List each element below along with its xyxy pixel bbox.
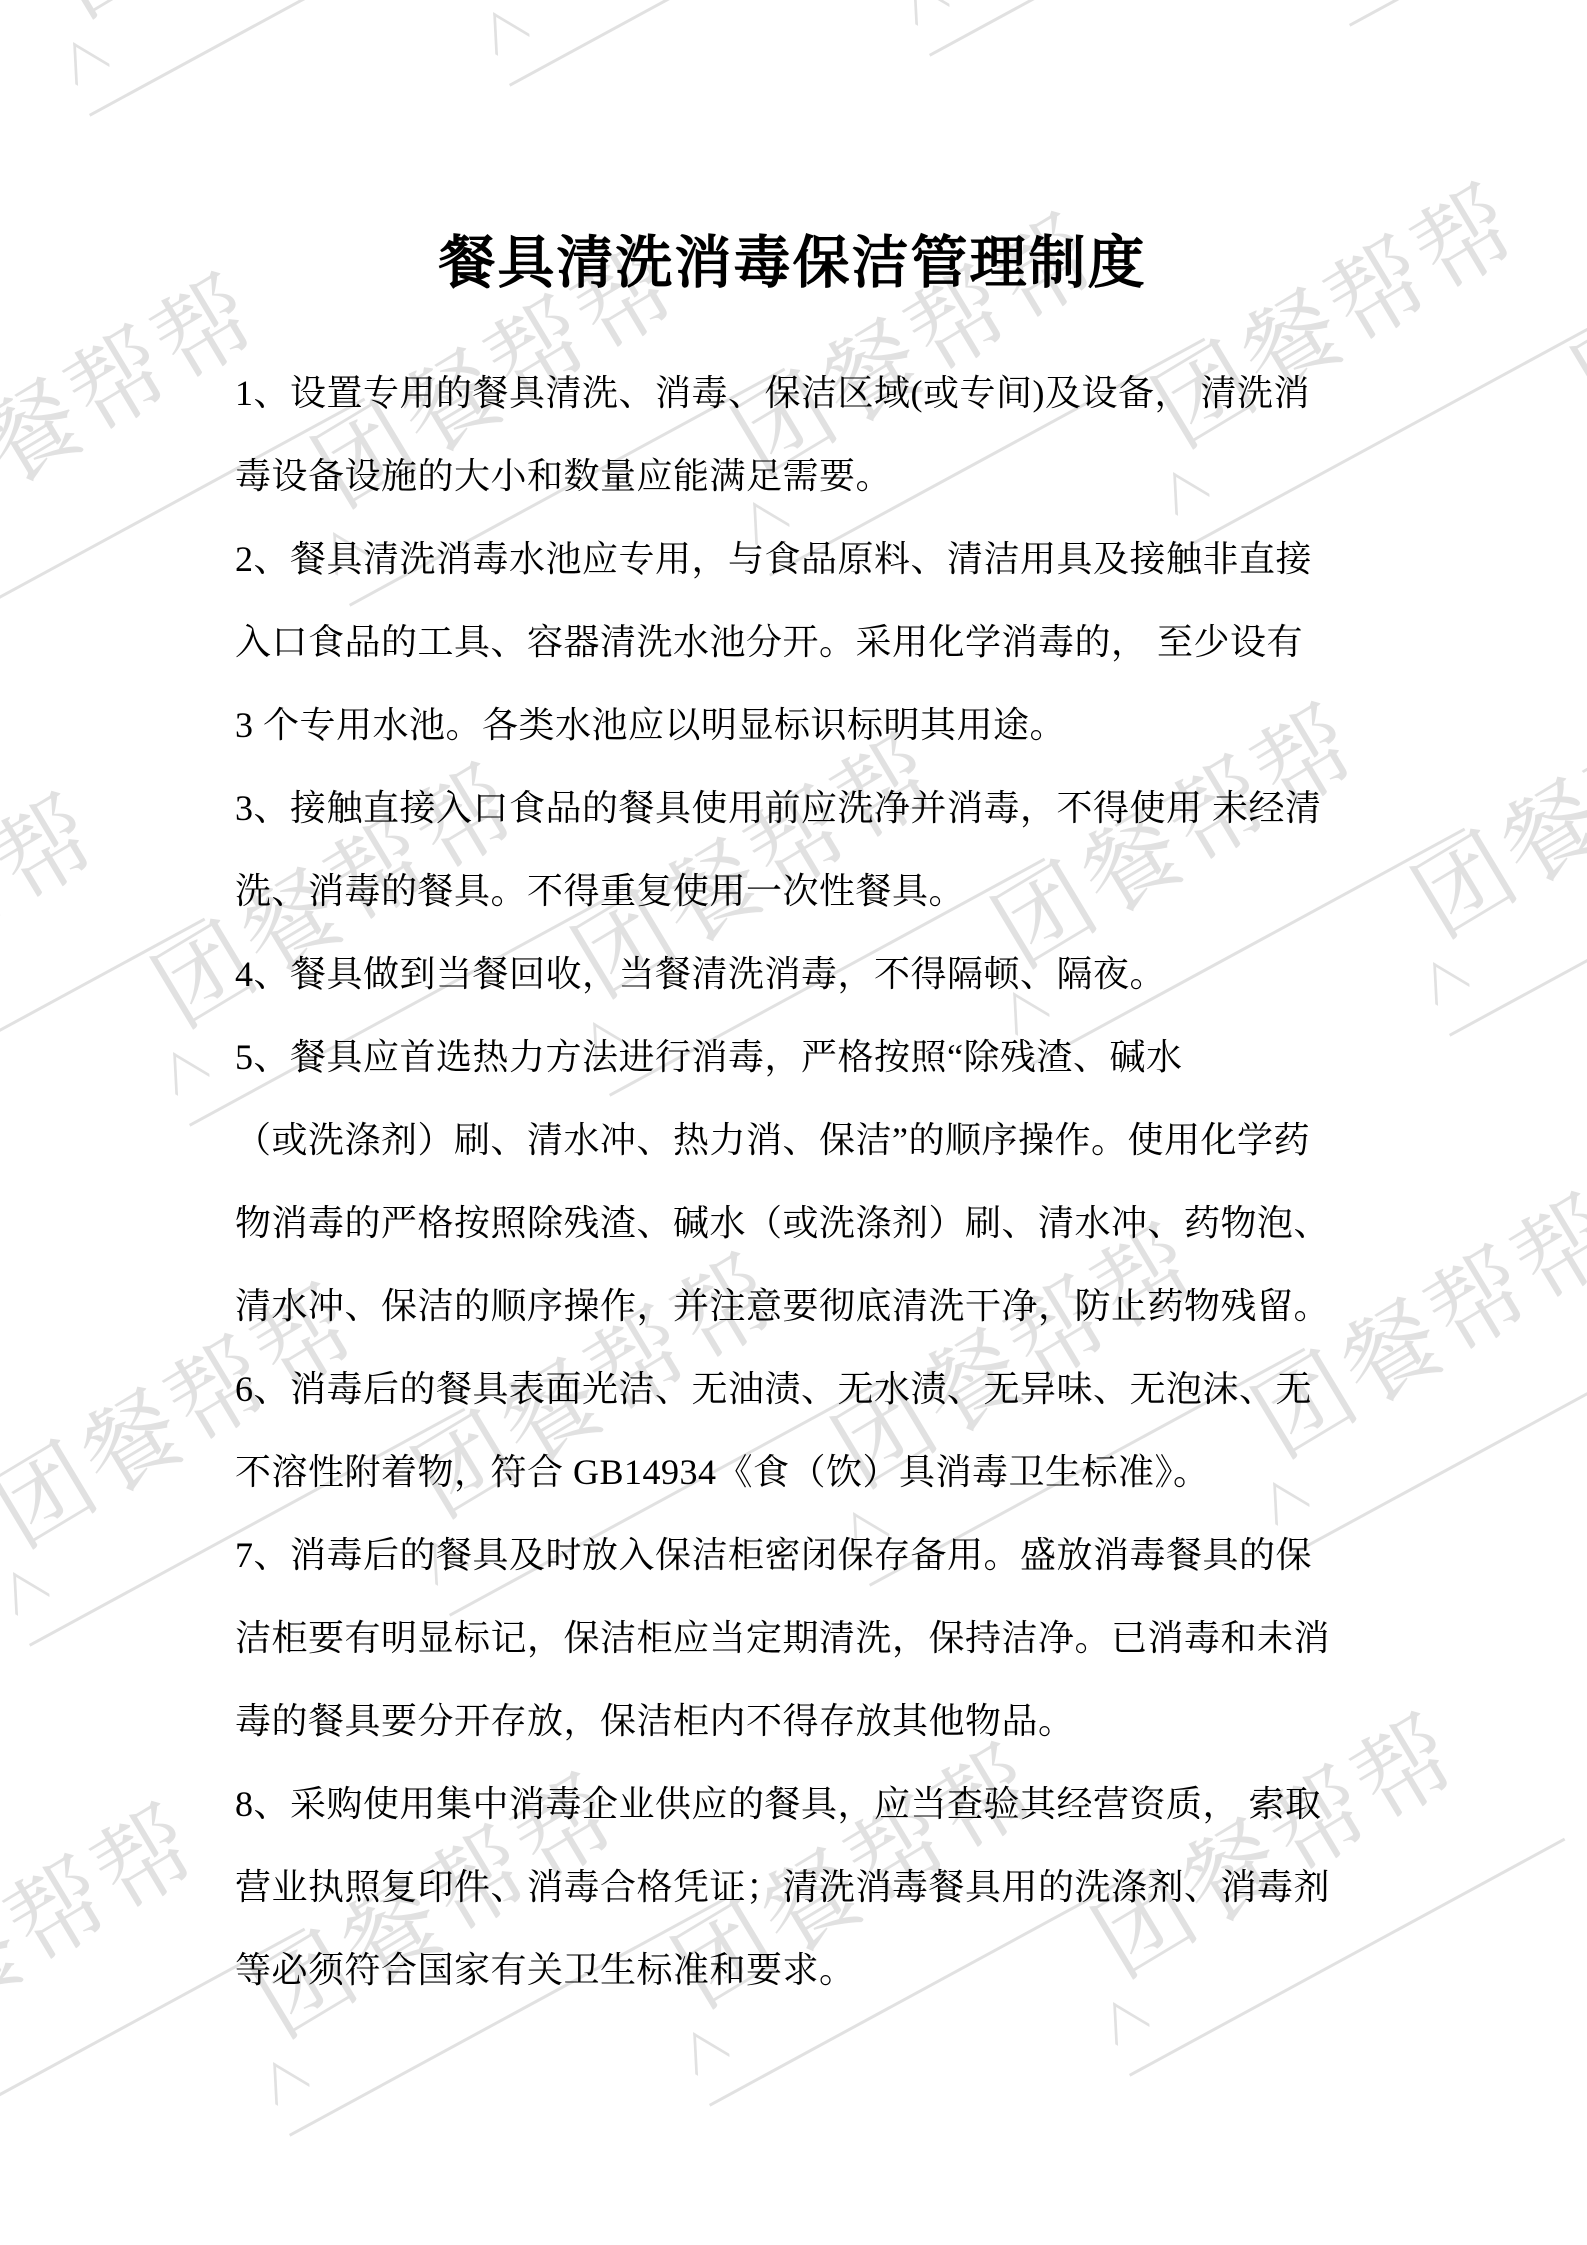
paragraph-2-line-2: 入口食品的工具、容器清洗水池分开。采用化学消毒的， 至少设有 [235, 601, 1350, 684]
document-title: 餐具清洗消毒保洁管理制度 [240, 226, 1345, 300]
paragraph-1-line-2: 毒设备设施的大小和数量应能满足需要。 [235, 435, 1350, 518]
watermark-underline [1449, 798, 1587, 1037]
paragraph-6-line-2: 不溶性附着物，符合 GB14934《食（饮）具消毒卫生标准》。 [235, 1431, 1350, 1514]
watermark-check-icon [493, 12, 531, 76]
watermark-text: 团餐帮帮 [1397, 659, 1587, 956]
watermark-check-icon [693, 2032, 731, 2096]
paragraph-8-line-3: 等必须符合国家有关卫生标准和要求。 [235, 1929, 1350, 2012]
watermark-check-icon [1433, 962, 1471, 1026]
watermark-tile: 团餐帮帮 [0, 748, 234, 1203]
watermark-underline [929, 0, 1365, 57]
watermark-text: 团餐帮帮 [0, 1789, 217, 2086]
watermark-underline [0, 0, 105, 147]
watermark-check-icon [73, 42, 111, 106]
paragraph-5-line-2: （或洗涤剂）刷、清水冲、热力消、保洁”的顺序操作。使用化学药 [235, 1099, 1350, 1182]
paragraph-7-line-2: 洁柜要有明显标记，保洁柜应当定期清洗，保持洁净。已消毒和未消 [235, 1597, 1350, 1680]
paragraph-6-line-1: 6、消毒后的餐具表面光洁、无油渍、无水渍、无异味、无泡沫、无 [235, 1348, 1350, 1431]
watermark-tile: 团餐帮帮 [1526, 108, 1587, 563]
watermark-tile: 团餐帮帮 [1266, 0, 1587, 72]
watermark-text: 团餐帮帮 [37, 0, 437, 36]
document-body: 1、设置专用的餐具清洗、消毒、保洁区域(或专间)及设备， 清洗消毒设备设施的大小… [235, 352, 1350, 2012]
watermark-tile: 团餐帮帮 [1366, 628, 1587, 1083]
paragraph-8-line-2: 营业执照复印件、消毒合格凭证；清洗消毒餐具用的洗涤剂、消毒剂 [235, 1846, 1350, 1929]
watermark-tile: 团餐帮帮 [426, 0, 973, 132]
watermark-check-icon [173, 1052, 211, 1116]
paragraph-3-line-1: 3、接触直接入口食品的餐具使用前应洗净并消毒，不得使用 未经清 [235, 767, 1350, 850]
watermark-tile: 团餐帮帮 [6, 0, 553, 162]
watermark-tile: 团餐帮帮 [846, 0, 1393, 102]
paragraph-5-line-4: 清水冲、保洁的顺序操作，并注意要彻底清洗干净，防止药物残留。 [235, 1265, 1350, 1348]
watermark-check-icon [1333, 0, 1371, 16]
paragraph-5-line-3: 物消毒的严格按照除残渣、碱水（或洗涤剂）刷、清水冲、药物泡、 [235, 1182, 1350, 1265]
watermark-underline [89, 0, 525, 117]
paragraph-7-line-1: 7、消毒后的餐具及时放入保洁柜密闭保存备用。盛放消毒餐具的保 [235, 1514, 1350, 1597]
paragraph-5-line-1: 5、餐具应首选热力方法进行消毒，严格按照“除残渣、碱水 [235, 1016, 1350, 1099]
watermark-text: 团餐帮帮 [0, 779, 117, 1076]
paragraph-4-line-1: 4、餐具做到当餐回收，当餐清洗消毒，不得隔顿、隔夜。 [235, 933, 1350, 1016]
watermark-check-icon [273, 2062, 311, 2126]
watermark-text: 团餐帮帮 [0, 0, 17, 66]
paragraph-2-line-1: 2、餐具清洗消毒水池应专用，与食品原料、清洁用具及接触非直接 [235, 518, 1350, 601]
watermark-underline [1349, 0, 1587, 27]
document-page: 团餐帮帮团餐帮帮团餐帮帮团餐帮帮团餐帮帮团餐帮帮团餐帮帮团餐帮帮团餐帮帮团餐帮帮… [0, 0, 1587, 2245]
watermark-tile: 团餐帮帮 [0, 0, 134, 192]
watermark-text: 团餐帮帮 [457, 0, 857, 6]
watermark-underline [0, 918, 205, 1157]
watermark-text: 团餐帮帮 [1557, 139, 1587, 436]
paragraph-8-line-1: 8、采购使用集中消毒企业供应的餐具，应当查验其经营资质， 索取 [235, 1763, 1350, 1846]
watermark-check-icon [913, 0, 951, 46]
watermark-check-icon [13, 1572, 51, 1636]
paragraph-7-line-3: 毒的餐具要分开存放，保洁柜内不得存放其他物品。 [235, 1680, 1350, 1763]
paragraph-3-line-2: 洗、消毒的餐具。不得重复使用一次性餐具。 [235, 850, 1350, 933]
paragraph-1-line-1: 1、设置专用的餐具清洗、消毒、保洁区域(或专间)及设备， 清洗消 [235, 352, 1350, 435]
watermark-underline [509, 0, 945, 87]
paragraph-2-line-3: 3 个专用水池。各类水池应以明显标识标明其用途。 [235, 684, 1350, 767]
